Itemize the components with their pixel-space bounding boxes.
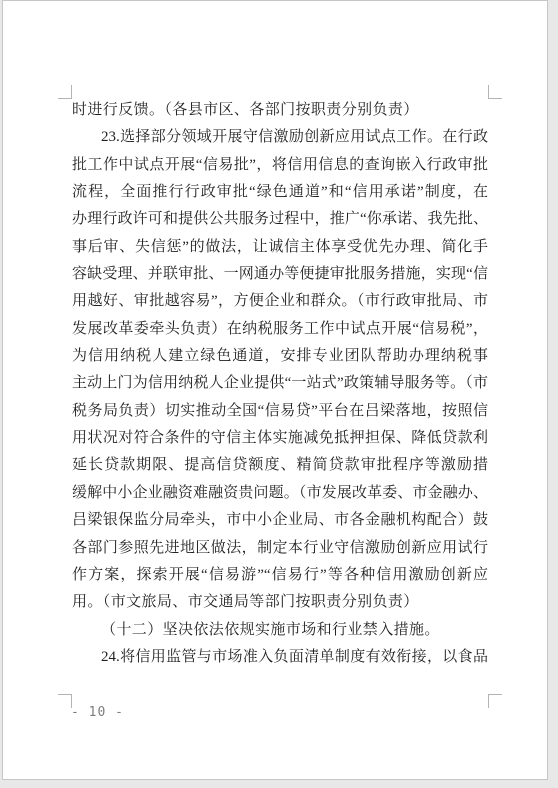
text-line: 税务局负责）切实推动全国“信易贷”平台在吕梁落地，按照信 xyxy=(72,398,488,425)
text-line: 主动上门为信用纳税人企业提供“一站式”政策辅导服务等。（市 xyxy=(72,370,488,397)
text-line: 用越好、审批越容易”，方便企业和群众。（市行政审批局、市 xyxy=(72,288,488,315)
text-line: 各部门参照先进地区做法，制定本行业守信激励创新应用试行工 xyxy=(72,535,488,562)
page-number: - 10 - xyxy=(71,704,124,722)
text-line: 缓解中小企业融资难融资贵问题。（市发展改革委、市金融办、 xyxy=(72,480,488,507)
document-body: 时进行反馈。（各县市区、各部门按职责分别负责）23.选择部分领域开展守信激励创新… xyxy=(72,97,488,671)
text-line: （十二）坚决依法依规实施市场和行业禁入措施。 xyxy=(72,617,488,644)
document-page: 时进行反馈。（各县市区、各部门按职责分别负责）23.选择部分领域开展守信激励创新… xyxy=(2,0,548,780)
text-line: 批工作中试点开展“信易批”，将信用信息的查询嵌入行政审批 xyxy=(72,152,488,179)
text-line: 为信用纳税人建立绿色通道，安排专业团队帮助办理纳税事项， xyxy=(72,343,488,370)
text-boundary-mark-bottom-right xyxy=(488,694,502,708)
text-boundary-mark-bottom-left xyxy=(58,694,72,708)
text-line: 流程，全面推行行政审批“绿色通道”和“信用承诺”制度，在 xyxy=(72,179,488,206)
text-line: 24.将信用监管与市场准入负面清单制度有效衔接，以食品 xyxy=(72,644,488,671)
text-boundary-mark-top-left xyxy=(58,85,72,99)
text-line: 吕梁银保监分局牵头，市中小企业局、市各金融机构配合）鼓励 xyxy=(72,507,488,534)
text-line: 23.选择部分领域开展守信激励创新应用试点工作。在行政审 xyxy=(72,124,488,151)
text-line: 作方案，探索开展“信易游”“信易行”等各种信用激励创新应 xyxy=(72,562,488,589)
text-line: 事后审、失信惩”的做法，让诚信主体享受优先办理、简化手续、 xyxy=(72,234,488,261)
text-line: 发展改革委牵头负责）在纳税服务工作中试点开展“信易税”， xyxy=(72,316,488,343)
text-line: 办理行政许可和提供公共服务过程中，推广“你承诺、我先批、 xyxy=(72,206,488,233)
text-boundary-mark-top-right xyxy=(488,85,502,99)
text-line: 容缺受理、并联审批、一网通办等便捷审批服务措施，实现“信 xyxy=(72,261,488,288)
text-line: 用。（市文旅局、市交通局等部门按职责分别负责） xyxy=(72,589,488,616)
text-line: 延长贷款期限、提高信贷额度、精简贷款审批程序等激励措施， xyxy=(72,452,488,479)
text-line: 时进行反馈。（各县市区、各部门按职责分别负责） xyxy=(72,97,488,124)
text-line: 用状况对符合条件的守信主体实施减免抵押担保、降低贷款利率、 xyxy=(72,425,488,452)
